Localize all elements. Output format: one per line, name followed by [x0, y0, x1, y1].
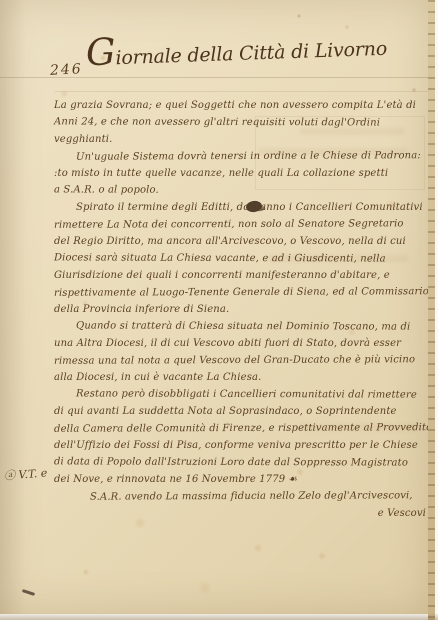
manuscript-line: a S.A.R. o al popolo.	[54, 181, 428, 199]
manuscript-line: :to misto in tutte quelle vacanze, nelle…	[54, 165, 428, 182]
manuscript-line: rimessa una tal nota a quel Vescovo del …	[54, 351, 428, 370]
manuscript-line: Un'uguale Sistema dovrà tenersi in ordin…	[54, 147, 428, 166]
manuscript-line: dell'Uffizio dei Fossi di Pisa, conforme…	[54, 437, 428, 454]
manuscript-line: Spirato il termine degli Editti, dovrann…	[54, 199, 428, 216]
binding-gutter-shadow	[0, 0, 26, 614]
manuscript-line: alla Diocesi, in cui è vacante La Chiesa…	[54, 369, 428, 386]
manuscript-line: della Provincia inferiore di Siena.	[54, 301, 428, 318]
manuscript-line: del Regio Diritto, ma ancora all'Arcives…	[54, 233, 428, 250]
manuscript-photo: 246 Giornale della Città di Livorno ⓐ V.…	[0, 0, 438, 620]
manuscript-line: vegghianti.	[54, 131, 428, 148]
manuscript-line: S.A.R. avendo La massima fiducia nello Z…	[54, 487, 428, 506]
manuscript-line: Giurisdizione dei quali i concorrenti ma…	[54, 267, 428, 284]
page-title: Giornale della Città di Livorno	[86, 33, 387, 70]
manuscript-line: rimettere La Nota dei concorrenti, non s…	[54, 215, 428, 234]
manuscript-line: di qui avanti La suddetta Nota al Sopras…	[54, 403, 428, 420]
body-text: La grazia Sovrana; e quei Soggetti che n…	[54, 97, 428, 522]
margin-note: ⓐ V.T. e	[3, 465, 47, 484]
manuscript-line: Anni 24, e che non avessero gl'altri req…	[54, 113, 428, 131]
manuscript-line: e Vescovi	[54, 505, 428, 522]
faint-rule-line	[55, 91, 438, 92]
folio-number: 246	[50, 61, 84, 79]
page-block-edge	[428, 0, 435, 620]
manuscript-line: Quando si tratterà di Chiesa situata nel…	[54, 317, 428, 335]
page-bottom-edge	[0, 613, 438, 620]
manuscript-line: Diocesi sarà situata La Chiesa vacante, …	[54, 249, 428, 267]
manuscript-line: La grazia Sovrana; e quei Soggetti che n…	[54, 97, 428, 114]
manuscript-line: una Altra Diocesi, il di cui Vescovo abi…	[54, 335, 428, 352]
manuscript-line: di data di Popolo dall'Istruzioni Loro d…	[54, 453, 428, 471]
manuscript-line: Restano però disobbligati i Cancellieri …	[54, 385, 428, 403]
manuscript-page: 246 Giornale della Città di Livorno ⓐ V.…	[0, 0, 430, 614]
manuscript-line: della Camera delle Comunità di Firenze, …	[54, 419, 428, 438]
manuscript-line: rispettivamente al Luogo-Tenente General…	[54, 283, 428, 302]
manuscript-line: dei Nove, e rinnovata ne 16 Novembre 177…	[54, 471, 428, 488]
